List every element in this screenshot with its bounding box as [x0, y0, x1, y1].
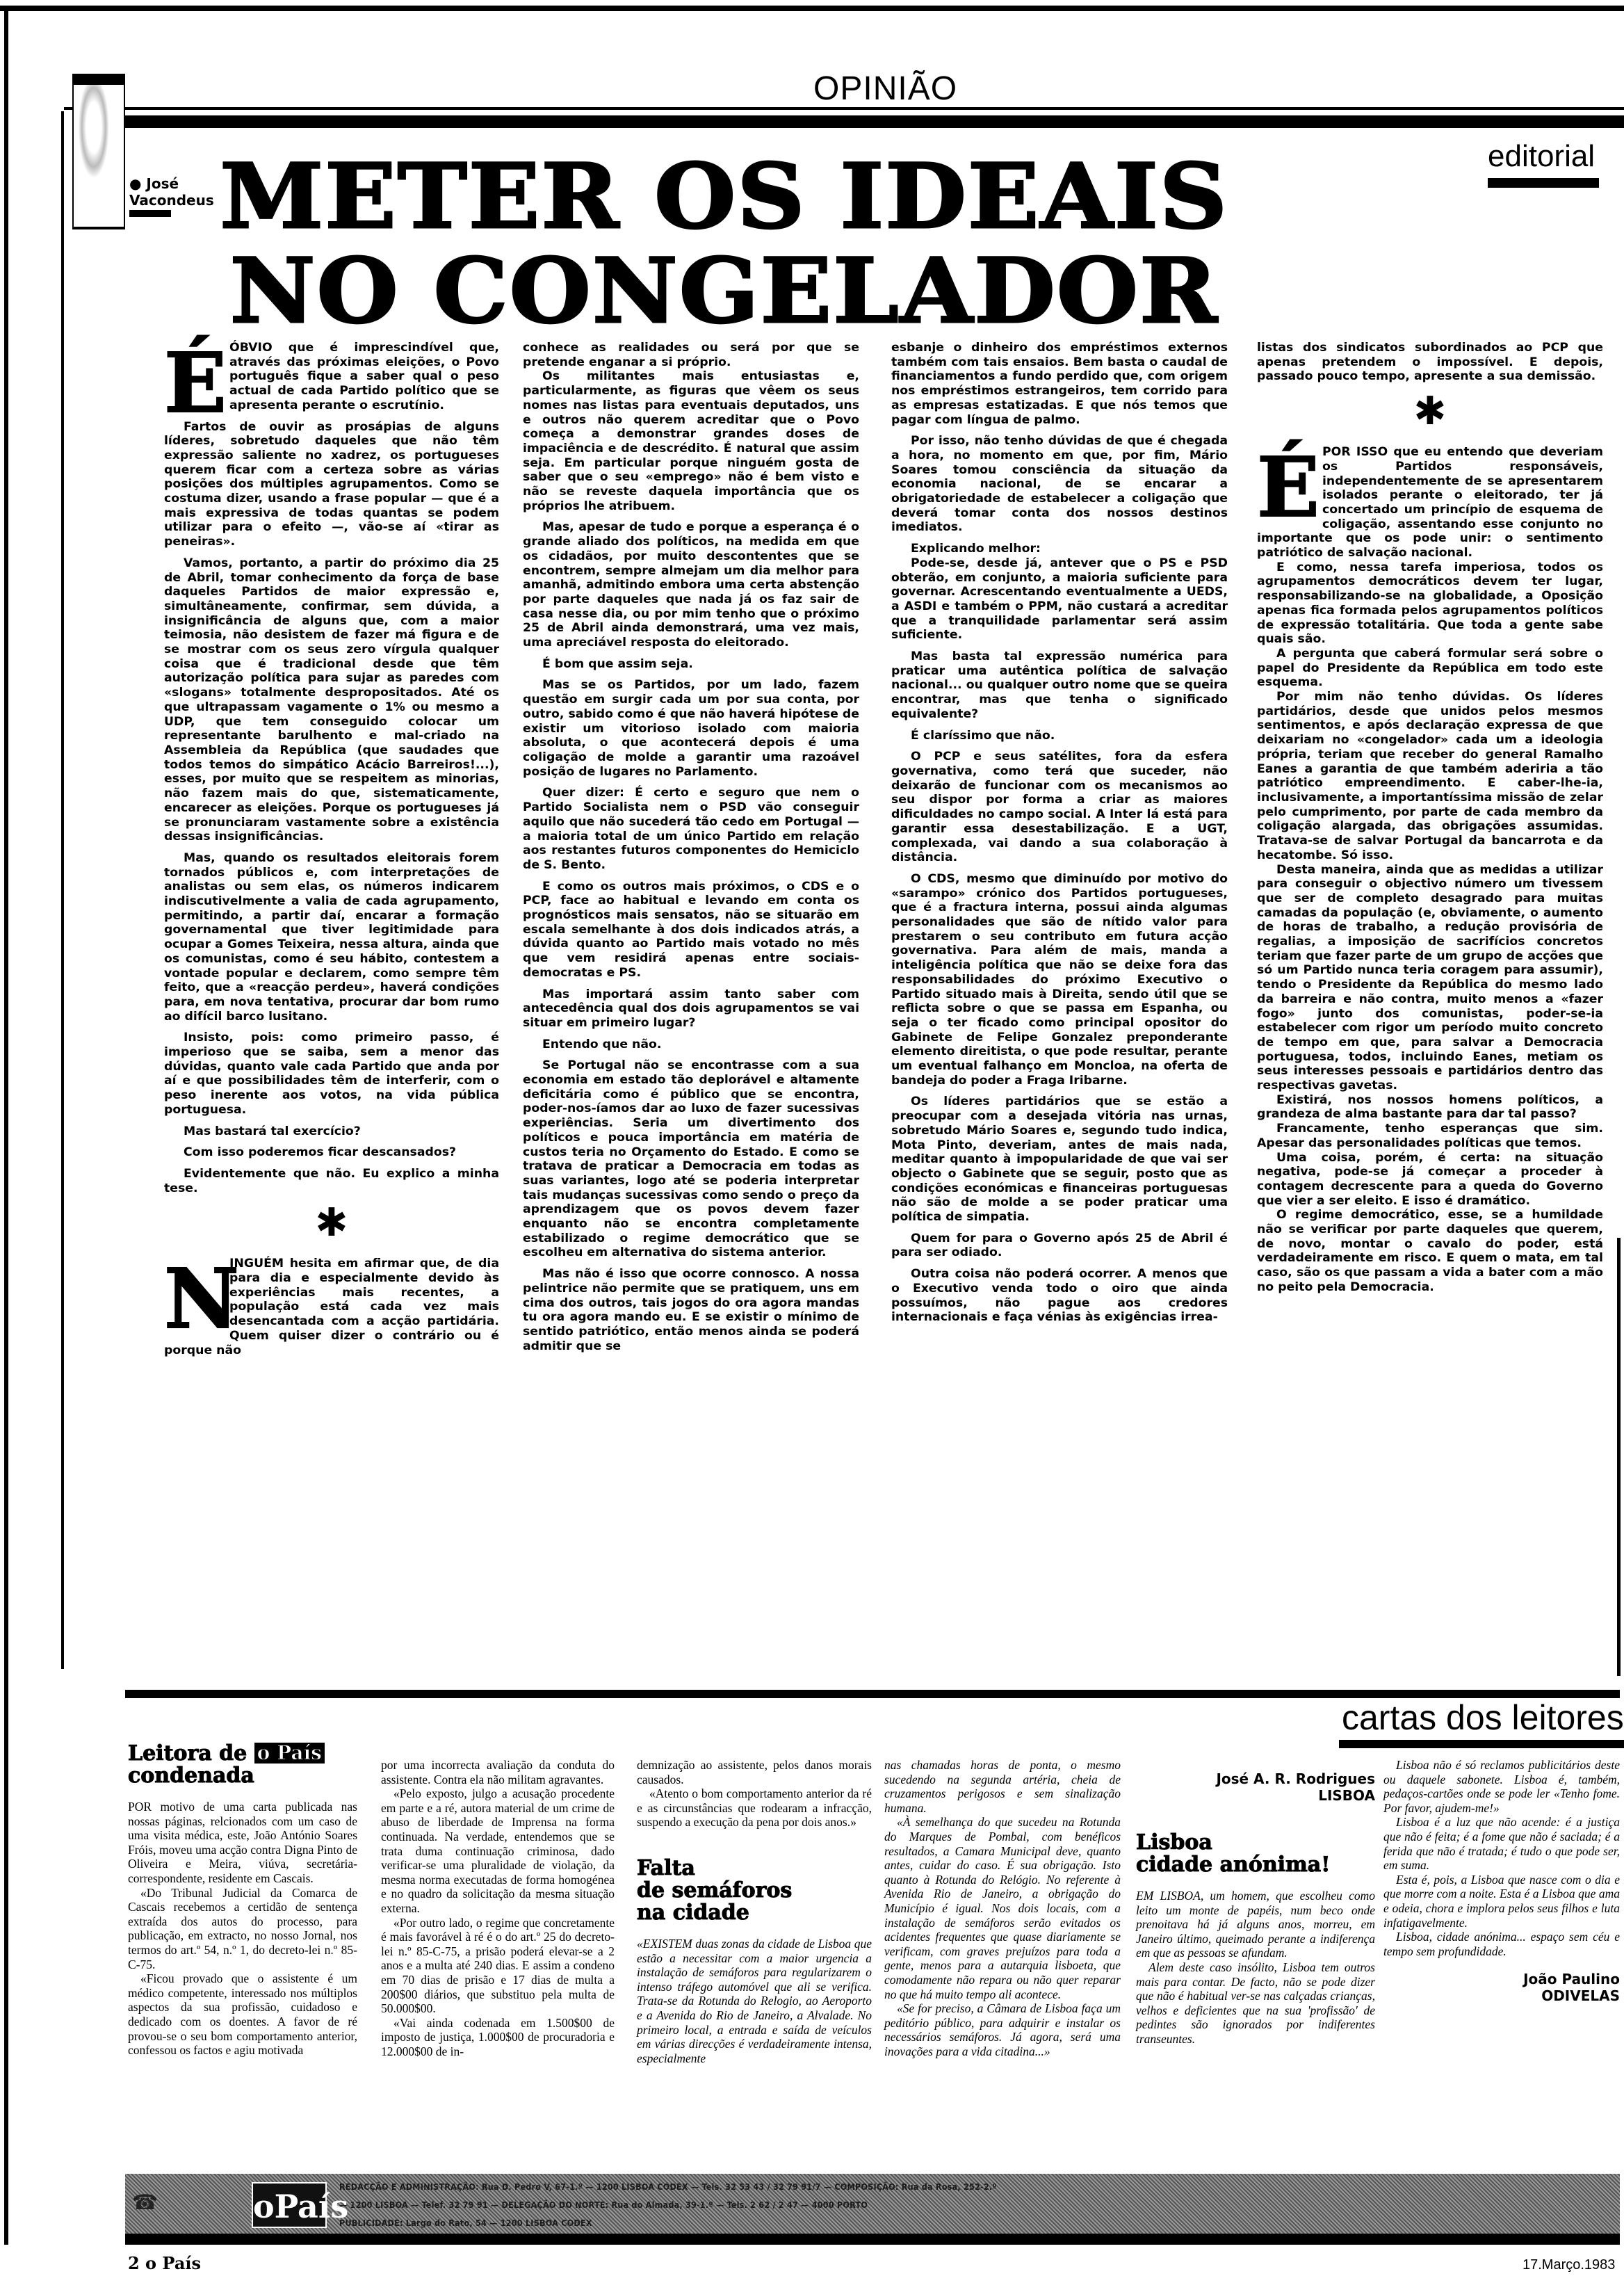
- paragraph: Insisto, pois: como primeiro passo, é im…: [164, 1031, 499, 1117]
- paragraph: conhece as realidades ou será por que se…: [523, 341, 859, 369]
- author-photo-image: [74, 85, 124, 227]
- article-box-right-border: [1617, 1238, 1621, 1676]
- paragraph: Fartos de ouvir as prosápias de alguns l…: [164, 420, 499, 549]
- letters-column-5: José A. R. Rodrigues LISBOA Lisboa cidad…: [1136, 1758, 1375, 2047]
- article-column-3: esbanje o dinheiro dos empréstimos exter…: [891, 341, 1228, 1332]
- paragraph: «Atento o bom comportamento anterior da …: [637, 1786, 872, 1830]
- header-rule-thick: [125, 115, 1624, 128]
- paragraph: «Se for preciso, a Câmara de Lisboa faça…: [884, 2001, 1121, 2058]
- paragraph: Quer dizer: É certo e seguro que nem o P…: [523, 786, 859, 872]
- paragraph: Entendo que não.: [523, 1038, 859, 1052]
- paragraph: «À semelhança do que sucedeu na Rotunda …: [884, 1815, 1121, 2001]
- paragraph: ÉÓBVIO que é imprescindível que, através…: [164, 341, 499, 413]
- paragraph: listas dos sindicatos subordinados ao PC…: [1257, 341, 1603, 384]
- dropcap: É: [1257, 455, 1315, 520]
- paragraph: Alem deste caso insólito, Lisboa tem out…: [1136, 1960, 1375, 2047]
- paragraph: Mas importará assim tanto saber com ante…: [523, 987, 859, 1031]
- paragraph: Mas basta tal expressão numérica para pr…: [891, 649, 1228, 722]
- paragraph: Evidentemente que não. Eu explico a minh…: [164, 1167, 499, 1195]
- paragraph: O CDS, mesmo que diminuído por motivo do…: [891, 872, 1228, 1088]
- author-underline-bar: [129, 210, 171, 217]
- paragraph: É bom que assim seja.: [523, 657, 859, 672]
- paragraph: Mas se os Partidos, por um lado, fazem q…: [523, 678, 859, 779]
- paragraph: Os militantes mais entusiastas e, partic…: [523, 369, 859, 513]
- paragraph: Por mim não tenho dúvidas. Os líderes pa…: [1257, 690, 1603, 862]
- letters-section-title: cartas dos leitores: [1342, 1697, 1624, 1738]
- paragraph: «Ficou provado que o assistente é um méd…: [128, 1971, 357, 2058]
- paragraph: «Por outro lado, o regime que concretame…: [381, 1916, 615, 2016]
- paragraph: Por isso, não tenho dúvidas de que é che…: [891, 434, 1228, 535]
- o-pais-logo-inline: o País: [254, 1743, 325, 1764]
- star-separator-icon: ✱: [1257, 391, 1603, 433]
- paragraph: ÉPOR ISSO que eu entendo que deveriam os…: [1257, 445, 1603, 560]
- section-label: OPINIÃO: [813, 70, 957, 108]
- signature-name: José A. R. Rodrigues: [1136, 1770, 1375, 1787]
- o-pais-logo: oPaís: [252, 2182, 327, 2228]
- letters-column-1: Leitora de o País condenada POR motivo d…: [128, 1743, 357, 2058]
- letter-3-title: Lisboa cidade anónima!: [1136, 1832, 1375, 1876]
- letters-title-bar: [1339, 1740, 1624, 1748]
- letters-column-2: por uma incorrecta avaliação da conduta …: [381, 1758, 615, 2058]
- article-headline: METER OS IDEAIS NO CONGELADOR: [188, 150, 1260, 339]
- paragraph: Mas não é isso que ocorre connosco. A no…: [523, 1267, 859, 1353]
- letter-1-title: Leitora de o País condenada: [128, 1743, 357, 1787]
- paragraph: Existirá, nos nossos homens políticos, a…: [1257, 1093, 1603, 1122]
- paragraph: demnização ao assistente, pelos danos mo…: [637, 1758, 872, 1786]
- paragraph: É claríssimo que não.: [891, 729, 1228, 743]
- signature-name: João Paulino: [1383, 1971, 1620, 1987]
- paragraph: nas chamadas horas de ponta, o mesmo suc…: [884, 1758, 1121, 1815]
- paragraph: E como os outros mais próximos, o CDS e …: [523, 880, 859, 980]
- page-border-top: [0, 6, 1624, 11]
- letter-3-signature: João Paulino ODIVELAS: [1383, 1971, 1620, 2004]
- signature-place: ODIVELAS: [1383, 1987, 1620, 2004]
- paragraph: Com isso poderemos ficar descansados?: [164, 1145, 499, 1160]
- letters-column-4: nas chamadas horas de ponta, o mesmo suc…: [884, 1758, 1121, 2058]
- paragraph: «Vai ainda codenada em 1.500$00 de impos…: [381, 2016, 615, 2059]
- header-rule-thin: [64, 107, 1624, 110]
- article-box-left-border: [61, 111, 64, 1669]
- paragraph: Quem for para o Governo após 25 de Abril…: [891, 1232, 1228, 1260]
- article-column-1: ÉÓBVIO que é imprescindível que, através…: [164, 341, 499, 1364]
- masthead-contact-info: REDACÇÃO E ADMINISTRAÇÃO: Rua D. Pedro V…: [339, 2178, 1611, 2232]
- paragraph: «Pelo exposto, julgo a acusação proceden…: [381, 1786, 615, 1915]
- masthead-banner-bottom: [125, 2234, 1620, 2245]
- issue-date: 17.Março.1983: [1522, 2257, 1615, 2273]
- paragraph: «Do Tribunal Judicial da Comarca de Casc…: [128, 1886, 357, 1972]
- signature-place: LISBOA: [1136, 1787, 1375, 1804]
- paragraph: Esta é, pois, a Lisboa que nasce com o d…: [1383, 1873, 1620, 1930]
- paragraph: por uma incorrecta avaliação da conduta …: [381, 1758, 615, 1786]
- paragraph: Francamente, tenho esperanças que sim. A…: [1257, 1122, 1603, 1150]
- paragraph: Vamos, portanto, a partir do próximo dia…: [164, 556, 499, 844]
- headline-line-1: METER OS IDEAIS: [188, 150, 1260, 244]
- paragraph: Lisboa, cidade anónima... espaço sem céu…: [1383, 1930, 1620, 1958]
- paragraph: Lisboa não é só reclamos publicitários d…: [1383, 1758, 1620, 1815]
- dropcap: N: [164, 1266, 222, 1332]
- paragraph: Uma coisa, porém, é certa: na situação n…: [1257, 1151, 1603, 1209]
- page-folio: 2 o País: [128, 2253, 201, 2273]
- paragraph: Mas bastará tal exercício?: [164, 1124, 499, 1139]
- dropcap: É: [164, 350, 222, 416]
- paragraph: Desta maneira, ainda que as medidas a ut…: [1257, 863, 1603, 1093]
- paragraph: O regime democrático, esse, se a humilda…: [1257, 1208, 1603, 1294]
- star-separator-icon: ✱: [164, 1202, 499, 1244]
- paragraph: Lisboa é a luz que não acende: é a justi…: [1383, 1815, 1620, 1872]
- page-border-left: [4, 6, 8, 2245]
- paragraph: Se Portugal não se encontrasse com a sua…: [523, 1058, 859, 1260]
- paragraph: Mas, apesar de tudo e porque a esperança…: [523, 520, 859, 649]
- article-column-4: listas dos sindicatos subordinados ao PC…: [1257, 341, 1603, 1295]
- letter-2-title: Falta de semáforos na cidade: [637, 1857, 872, 1924]
- headline-line-2: NO CONGELADOR: [188, 244, 1260, 339]
- paragraph: esbanje o dinheiro dos empréstimos exter…: [891, 341, 1228, 427]
- paragraph: Outra coisa não poderá ocorrer. A menos …: [891, 1267, 1228, 1325]
- paragraph: Mas, quando os resultados eleitorais for…: [164, 851, 499, 1024]
- bullet-icon: ●: [129, 175, 141, 192]
- letters-column-3: demnização ao assistente, pelos danos mo…: [637, 1758, 872, 2065]
- editorial-label: editorial: [1488, 139, 1595, 174]
- paragraph: A pergunta que caberá formular será sobr…: [1257, 647, 1603, 690]
- paragraph: Pode-se, desde já, antever que o PS e PS…: [891, 556, 1228, 643]
- spacer: [1136, 1804, 1375, 1832]
- paragraph: Os líderes partidários que se estão a pr…: [891, 1095, 1228, 1224]
- article-column-2: conhece as realidades ou será por que se…: [523, 341, 859, 1360]
- phone-icon: ☎: [132, 2190, 158, 2215]
- letter-2-signature: José A. R. Rodrigues LISBOA: [1136, 1770, 1375, 1804]
- paragraph: EM LISBOA, um homem, que escolheu como l…: [1136, 1889, 1375, 1960]
- editorial-underline-bar: [1488, 178, 1599, 188]
- author-first-name: José: [146, 175, 179, 192]
- spacer: [637, 1830, 872, 1857]
- paragraph: O PCP e seus satélites, fora da esfera g…: [891, 750, 1228, 865]
- paragraph: Explicando melhor:: [891, 542, 1228, 556]
- paragraph: NINGUÉM hesita em afirmar que, de dia pa…: [164, 1257, 499, 1357]
- paragraph: «EXISTEM duas zonas da cidade de Lisboa …: [637, 1937, 872, 2065]
- letters-column-6: Lisboa não é só reclamos publicitários d…: [1383, 1758, 1620, 2004]
- paragraph: POR motivo de uma carta publicada nas no…: [128, 1800, 357, 1886]
- paragraph: E como, nessa tarefa imperiosa, todos os…: [1257, 560, 1603, 647]
